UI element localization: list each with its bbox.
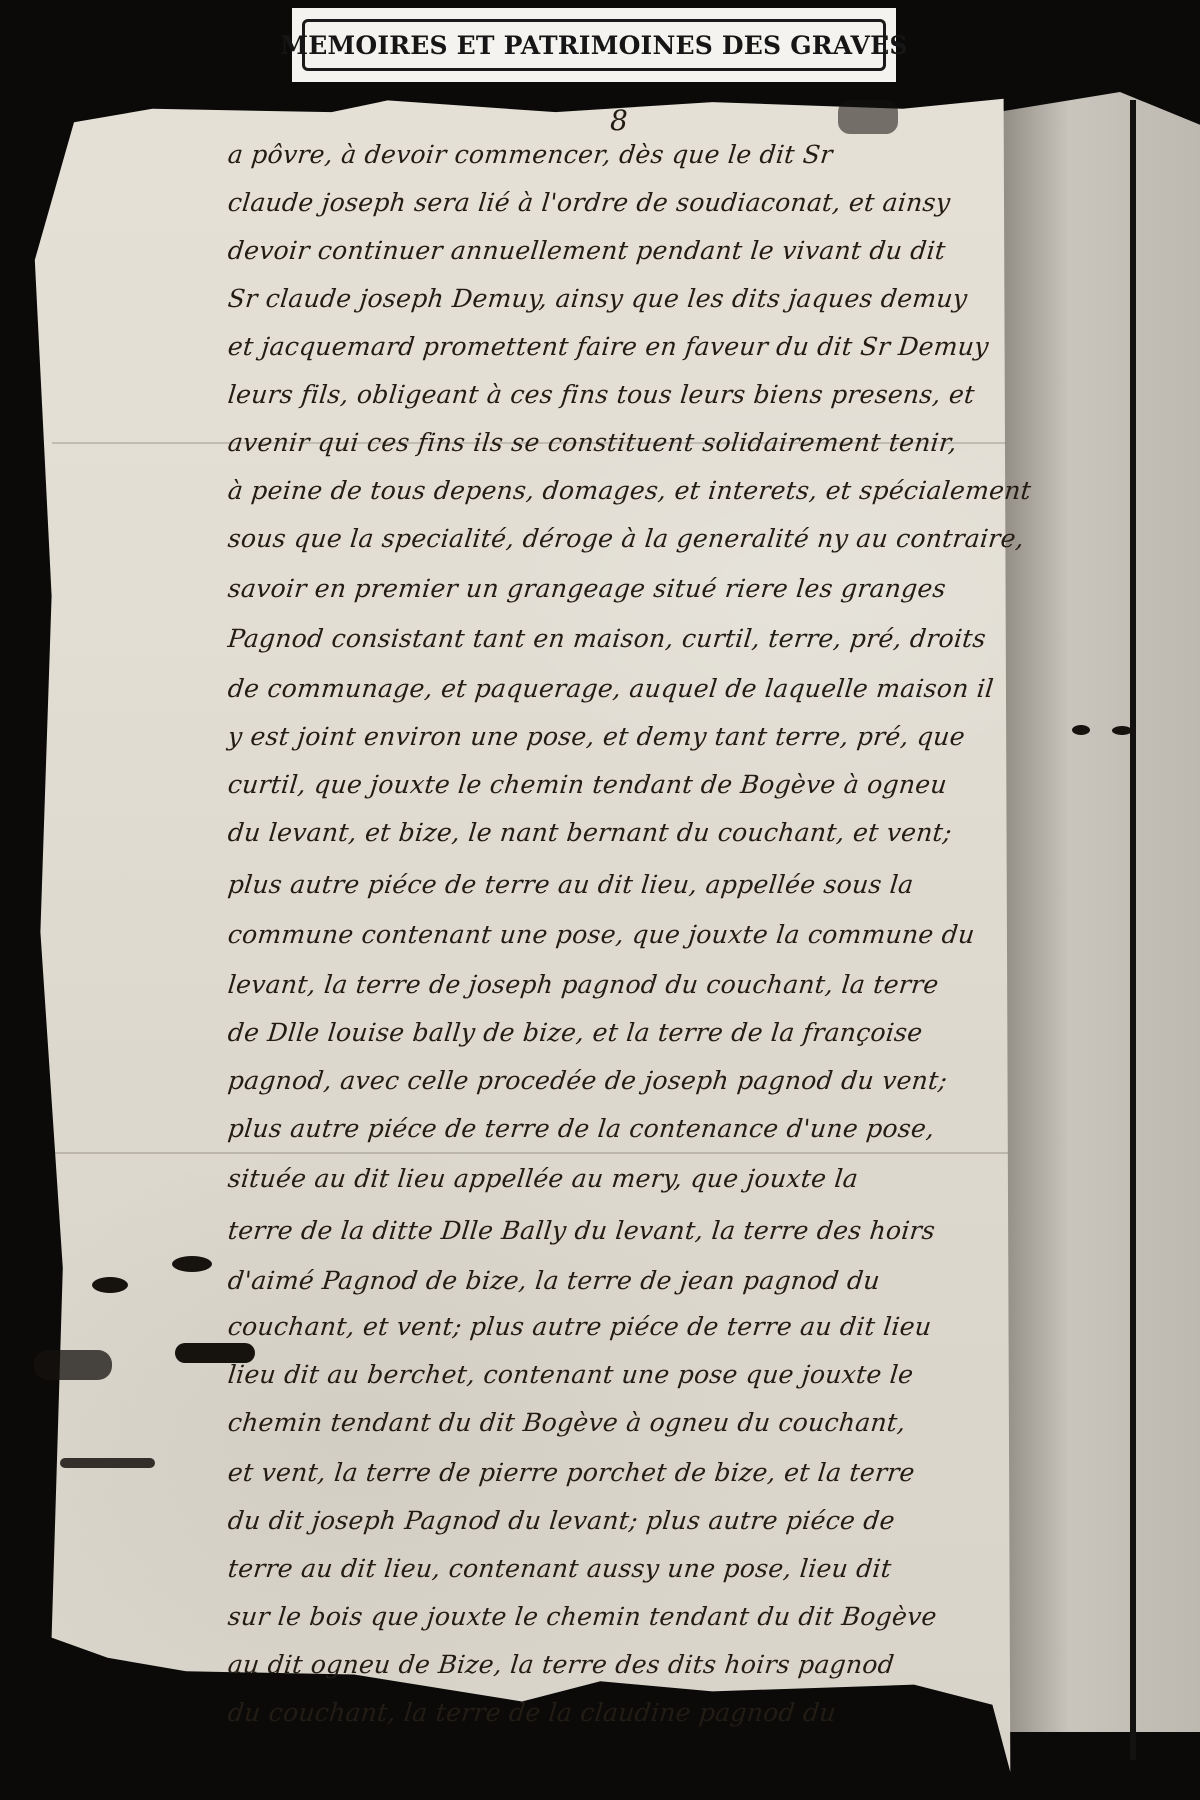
text-line: levant, la terre de joseph pagnod du cou… (226, 970, 1129, 999)
text-line: avenir qui ces fins ils se constituent s… (226, 428, 1129, 457)
text-line: et jacquemard promettent faire en faveur… (226, 332, 1129, 361)
text-line: de communage, et paquerage, auquel de la… (226, 674, 1129, 703)
text-line: plus autre piéce de terre de la contenan… (226, 1114, 1129, 1143)
text-line: du couchant, la terre de la claudine pag… (226, 1698, 1129, 1727)
ink-blot (172, 1256, 212, 1272)
manuscript-text: a pôvre, à devoir commencer, dès que le … (0, 0, 1200, 1800)
text-line: et vent, la terre de pierre porchet de b… (226, 1458, 1129, 1487)
text-line: du levant, et bize, le nant bernant du c… (226, 818, 1129, 847)
text-line: y est joint environ une pose, et demy ta… (226, 722, 1129, 751)
text-line: chemin tendant du dit Bogève à ogneu du … (226, 1408, 1129, 1437)
text-line: lieu dit au berchet, contenant une pose … (226, 1360, 1129, 1389)
ink-blot (60, 1458, 155, 1468)
text-line: située au dit lieu appellée au mery, que… (226, 1164, 1129, 1193)
ink-stain (838, 100, 898, 134)
text-line: Sr claude joseph Demuy, ainsy que les di… (226, 284, 1129, 313)
text-line: au dit ogneu de Bize, la terre des dits … (226, 1650, 1129, 1679)
text-line: pagnod, avec celle procedée de joseph pa… (226, 1066, 1129, 1095)
text-line: Pagnod consistant tant en maison, curtil… (226, 624, 1129, 653)
ink-blot (92, 1277, 128, 1293)
text-line: du dit joseph Pagnod du levant; plus aut… (226, 1506, 1129, 1535)
text-line: a pôvre, à devoir commencer, dès que le … (226, 140, 1129, 169)
ink-blot (1072, 725, 1090, 735)
text-line: commune contenant une pose, que jouxte l… (226, 920, 1129, 949)
text-line: plus autre piéce de terre au dit lieu, a… (226, 870, 1129, 899)
text-line: leurs fils, obligeant à ces fins tous le… (226, 380, 1129, 409)
text-line: à peine de tous depens, domages, et inte… (226, 476, 1129, 505)
ink-blot (34, 1350, 112, 1380)
text-line: curtil, que jouxte le chemin tendant de … (226, 770, 1129, 799)
ink-blot (175, 1343, 255, 1363)
text-line: devoir continuer annuellement pendant le… (226, 236, 1129, 265)
text-line: claude joseph sera lié à l'ordre de soud… (226, 188, 1129, 217)
text-line: de Dlle louise bally de bize, et la terr… (226, 1018, 1129, 1047)
text-line: sur le bois que jouxte le chemin tendant… (226, 1602, 1129, 1631)
text-line: d'aimé Pagnod de bize, la terre de jean … (226, 1266, 1129, 1295)
text-line: terre de la ditte Dlle Bally du levant, … (226, 1216, 1129, 1245)
text-line: sous que la specialité, déroge à la gene… (226, 524, 1129, 553)
text-line: couchant, et vent; plus autre piéce de t… (226, 1312, 1129, 1341)
ink-blot (1112, 726, 1132, 735)
text-line: terre au dit lieu, contenant aussy une p… (226, 1554, 1129, 1583)
text-line: savoir en premier un grangeage situé rie… (226, 574, 1129, 603)
